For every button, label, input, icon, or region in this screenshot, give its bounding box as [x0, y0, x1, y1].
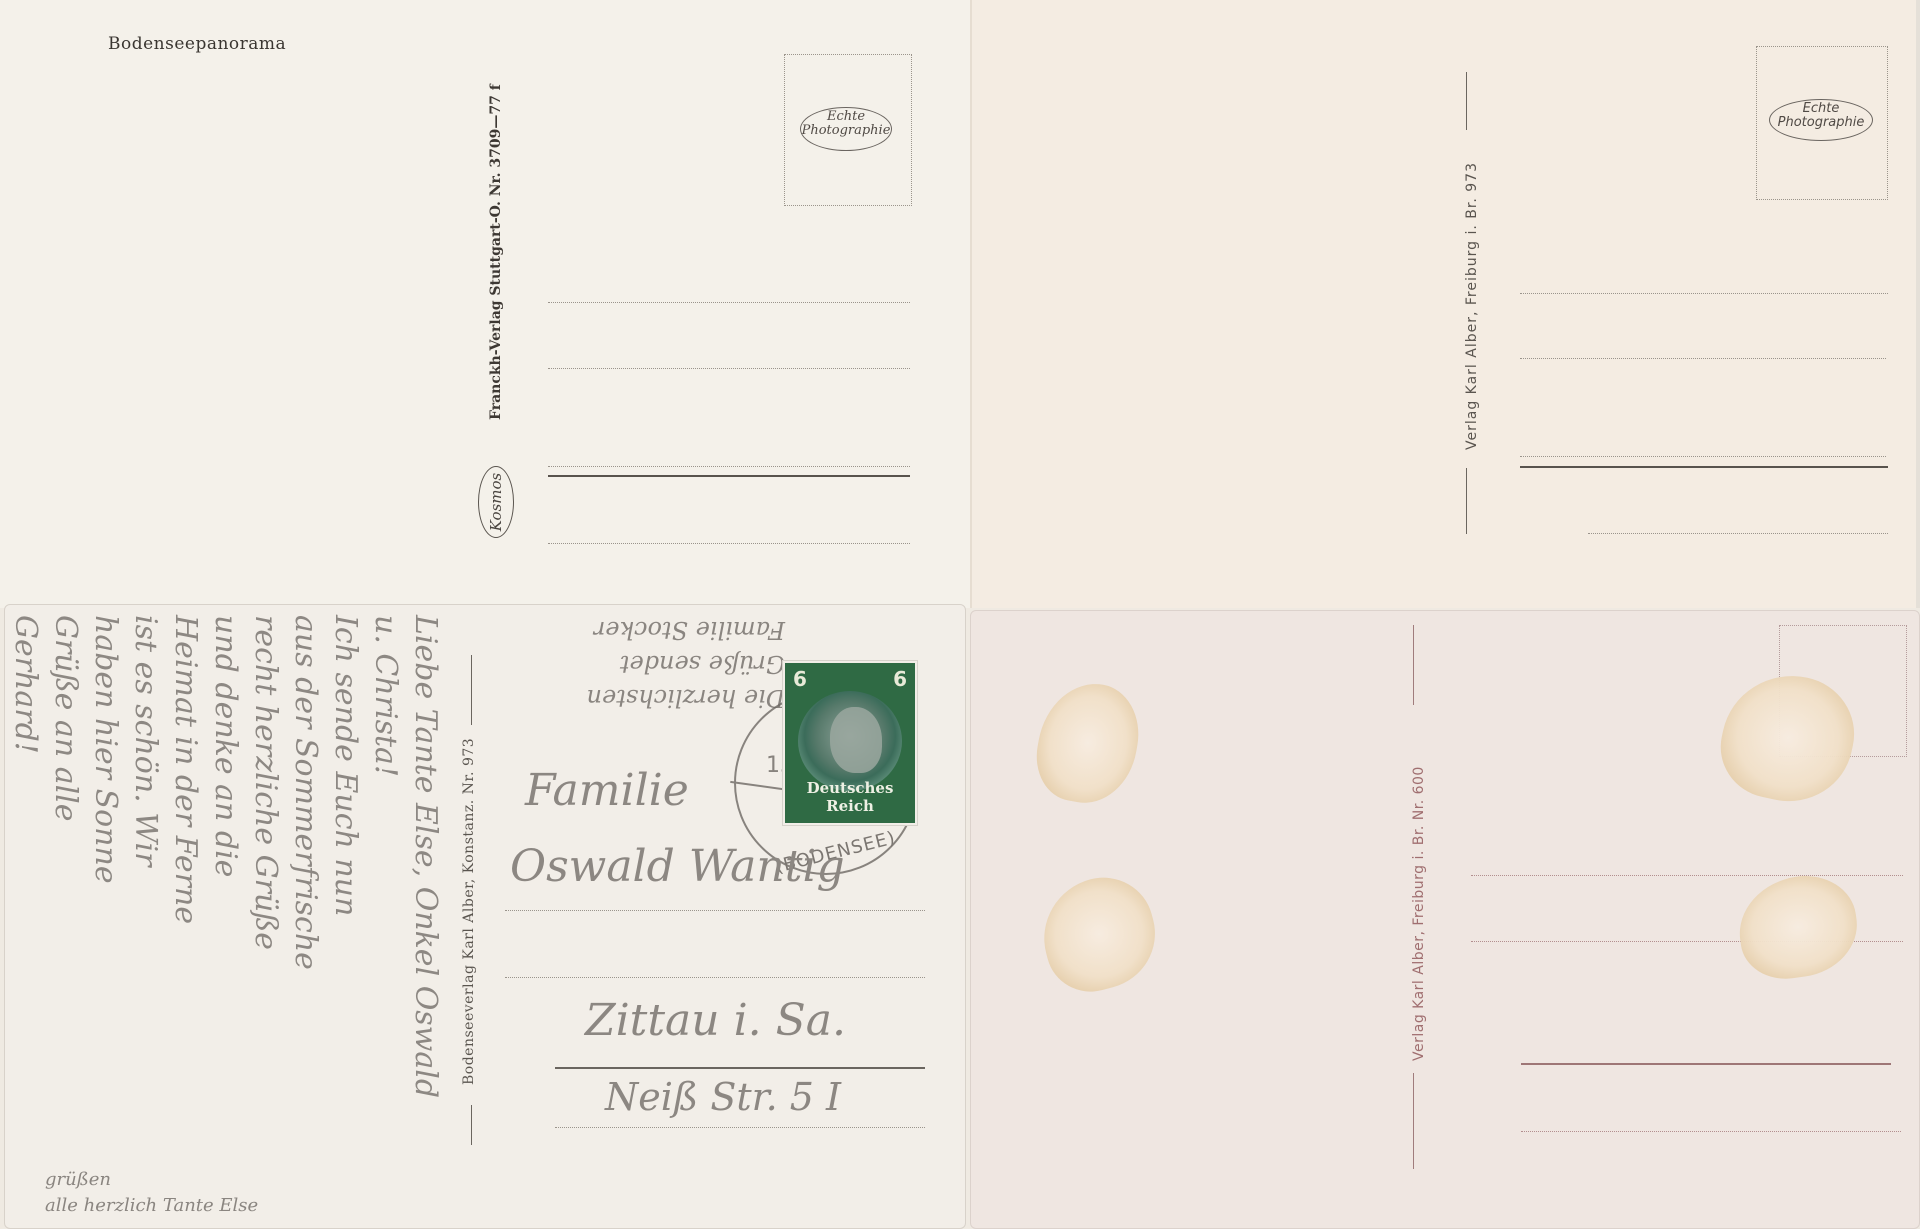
message-text: Liebe Tante Else, Onkel Oswald u. Christ…: [5, 615, 445, 1098]
address-line-4: Neiß Str. 5 I: [605, 1075, 841, 1119]
address-line-3: Zittau i. Sa.: [585, 995, 846, 1046]
publisher-imprint: Bodenseeverlag Karl Alber, Konstanz. Nr.…: [461, 738, 477, 1085]
message-line: Grüße an alle: [45, 615, 85, 1098]
note-line: Die herzlichsten: [587, 681, 785, 715]
address-line: [1471, 875, 1903, 876]
upside-down-note: Die herzlichsten Grüße sendet Familie St…: [587, 613, 785, 715]
divider-line: [1413, 625, 1414, 705]
note-line: Grüße sendet: [587, 647, 785, 681]
address-line: [548, 368, 910, 369]
kosmos-logo: Kosmos: [478, 466, 514, 538]
address-line: [548, 302, 910, 303]
stamp-country: Deutsches Reich: [785, 779, 915, 815]
stamp-box: Echte Photographie: [1756, 46, 1888, 200]
postmark-bar: [730, 781, 790, 791]
message-line: aus der Sommerfrische: [285, 615, 325, 1098]
postcard-bottom-right: Verlag Karl Alber, Freiburg i. Br. Nr. 6…: [970, 610, 1920, 1229]
mark-line-2: Photographie: [801, 124, 891, 138]
address-line-1: Familie: [525, 765, 689, 816]
card-title: Bodenseepanorama: [108, 34, 286, 54]
postage-stamp: 6 6 Deutsches Reich: [783, 661, 917, 825]
echte-photographie-mark: Echte Photographie: [800, 107, 892, 151]
glue-residue: [1029, 675, 1146, 810]
address-line: [555, 1127, 925, 1128]
message-line: Ich sende Euch nun: [325, 615, 365, 1098]
message-line: recht herzliche Grüße: [245, 615, 285, 1098]
message-line: Heimat in der Ferne: [165, 615, 205, 1098]
mark-line-1: Echte: [801, 110, 891, 124]
note-line: Familie Stocker: [587, 613, 785, 647]
address-line: [1520, 456, 1886, 457]
stamp-value: 6: [793, 667, 807, 691]
stamp-box: Echte Photographie: [784, 54, 912, 206]
publisher-imprint: Verlag Karl Alber, Freiburg i. Br. 973: [1464, 162, 1480, 450]
publisher-imprint: Franckh-Verlag Stuttgart-O. Nr. 3709—77 …: [488, 84, 504, 420]
message-line: und denke an die: [205, 615, 245, 1098]
mark-line-1: Echte: [1770, 102, 1872, 116]
address-line: [1588, 533, 1888, 534]
footer-note: grüßen: [45, 1169, 111, 1190]
stamp-value: 6: [893, 667, 907, 691]
address-line: [548, 543, 910, 544]
publisher-imprint: Verlag Karl Alber, Freiburg i. Br. Nr. 6…: [1411, 766, 1427, 1061]
divider-line: [1466, 72, 1467, 130]
postcard-top-right: Verlag Karl Alber, Freiburg i. Br. 973 E…: [970, 0, 1920, 608]
address-underline: [1520, 466, 1888, 468]
address-line: [1521, 1131, 1901, 1132]
divider-line: [471, 1105, 472, 1145]
address-line-2: Oswald Wantig: [510, 841, 845, 892]
glue-residue: [1733, 869, 1864, 984]
footer-note: alle herzlich Tante Else: [45, 1195, 258, 1216]
message-line: haben hier Sonne: [85, 615, 125, 1098]
address-underline: [1521, 1063, 1891, 1065]
message-line: u. Christa!: [365, 615, 405, 1098]
glue-residue: [1031, 866, 1168, 1001]
message-line: Liebe Tante Else, Onkel Oswald: [405, 615, 445, 1098]
divider-line: [1466, 468, 1467, 534]
hindenburg-portrait-icon: [798, 691, 902, 791]
divider-line: [471, 655, 472, 725]
address-line: [505, 977, 925, 978]
address-line: [505, 910, 925, 911]
message-line: Gerhard!: [5, 615, 45, 1098]
message-line: ist es schön. Wir: [125, 615, 165, 1098]
postcard-bottom-left: Liebe Tante Else, Onkel Oswald u. Christ…: [4, 604, 966, 1229]
divider-line: [1413, 1073, 1414, 1169]
kosmos-logo-text: Kosmos: [487, 473, 505, 531]
address-underline: [555, 1067, 925, 1069]
address-line: [548, 466, 910, 467]
address-line: [1520, 293, 1888, 294]
address-underline: [548, 475, 910, 477]
postcard-top-left: Bodenseepanorama Franckh-Verlag Stuttgar…: [0, 0, 970, 608]
echte-photographie-mark: Echte Photographie: [1769, 99, 1873, 141]
address-line: [1520, 358, 1886, 359]
mark-line-2: Photographie: [1770, 116, 1872, 130]
